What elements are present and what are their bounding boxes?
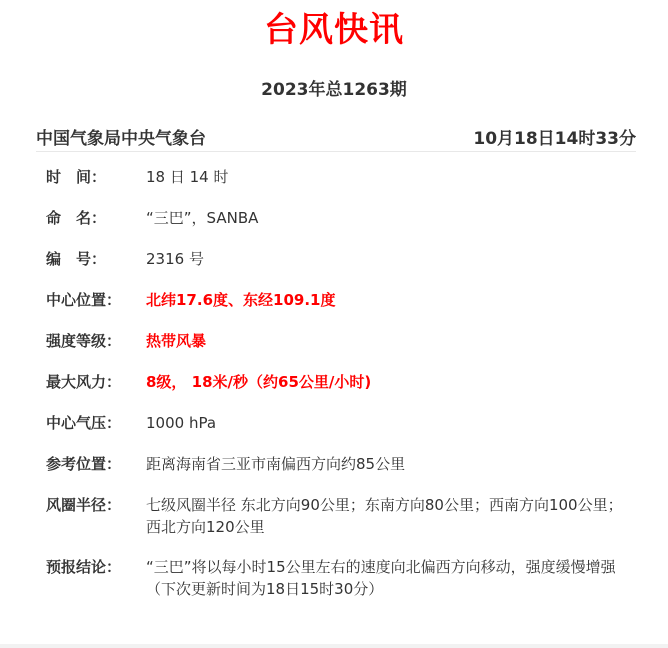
publish-time: 10月18日14时33分 <box>473 124 636 149</box>
info-value: 北纬17.6度、东经109.1度 <box>146 289 626 311</box>
bottom-divider <box>0 644 668 648</box>
info-value: 距离海南省三亚市南偏西方向约85公里 <box>146 453 626 475</box>
info-label: 时 间： <box>46 166 146 188</box>
info-value: 热带风暴 <box>146 330 626 352</box>
meta-row: 中国气象局中央气象台 10月18日14时33分 <box>36 122 636 150</box>
page-title: 台风快讯 <box>0 8 668 52</box>
info-label: 命 名： <box>46 207 146 229</box>
info-value: 2316 号 <box>146 248 626 270</box>
info-row-intensity: 强度等级： 热带风暴 <box>46 330 626 371</box>
info-value: 1000 hPa <box>146 412 626 434</box>
info-row-name: 命 名： “三巴”，SANBA <box>46 207 626 248</box>
agency-name: 中国气象局中央气象台 <box>36 124 206 149</box>
info-label: 中心气压： <box>46 412 146 434</box>
info-value: 18 日 14 时 <box>146 166 626 188</box>
info-row-reference-position: 参考位置： 距离海南省三亚市南偏西方向约85公里 <box>46 453 626 494</box>
info-row-center-position: 中心位置： 北纬17.6度、东经109.1度 <box>46 289 626 330</box>
info-label: 编 号： <box>46 248 146 270</box>
info-value: “三巴”，SANBA <box>146 207 626 229</box>
info-row-pressure: 中心气压： 1000 hPa <box>46 412 626 453</box>
info-label: 风圈半径： <box>46 494 146 516</box>
info-label: 强度等级： <box>46 330 146 352</box>
info-value: 七级风圈半径 东北方向90公里；东南方向80公里；西南方向100公里；西北方向1… <box>146 494 626 538</box>
info-row-max-wind: 最大风力： 8级， 18米/秒（约65公里/小时) <box>46 371 626 412</box>
info-label: 最大风力： <box>46 371 146 393</box>
issue-number: 2023年总1263期 <box>0 78 668 102</box>
info-value: “三巴”将以每小时15公里左右的速度向北偏西方向移动，强度缓慢增强 （下次更新时… <box>146 556 626 600</box>
info-label: 预报结论： <box>46 556 146 578</box>
info-value: 8级， 18米/秒（约65公里/小时) <box>146 371 626 393</box>
next-update-note: （下次更新时间为18日15时30分） <box>146 578 626 600</box>
forecast-text: “三巴”将以每小时15公里左右的速度向北偏西方向移动，强度缓慢增强 <box>146 558 616 576</box>
header-divider <box>36 151 636 152</box>
typhoon-info-list: 时 间： 18 日 14 时 命 名： “三巴”，SANBA 编 号： 2316… <box>46 166 626 636</box>
info-label: 中心位置： <box>46 289 146 311</box>
info-row-time: 时 间： 18 日 14 时 <box>46 166 626 207</box>
info-row-wind-radius: 风圈半径： 七级风圈半径 东北方向90公里；东南方向80公里；西南方向100公里… <box>46 494 626 556</box>
info-row-forecast: 预报结论： “三巴”将以每小时15公里左右的速度向北偏西方向移动，强度缓慢增强 … <box>46 556 626 636</box>
info-label: 参考位置： <box>46 453 146 475</box>
info-row-number: 编 号： 2316 号 <box>46 248 626 289</box>
